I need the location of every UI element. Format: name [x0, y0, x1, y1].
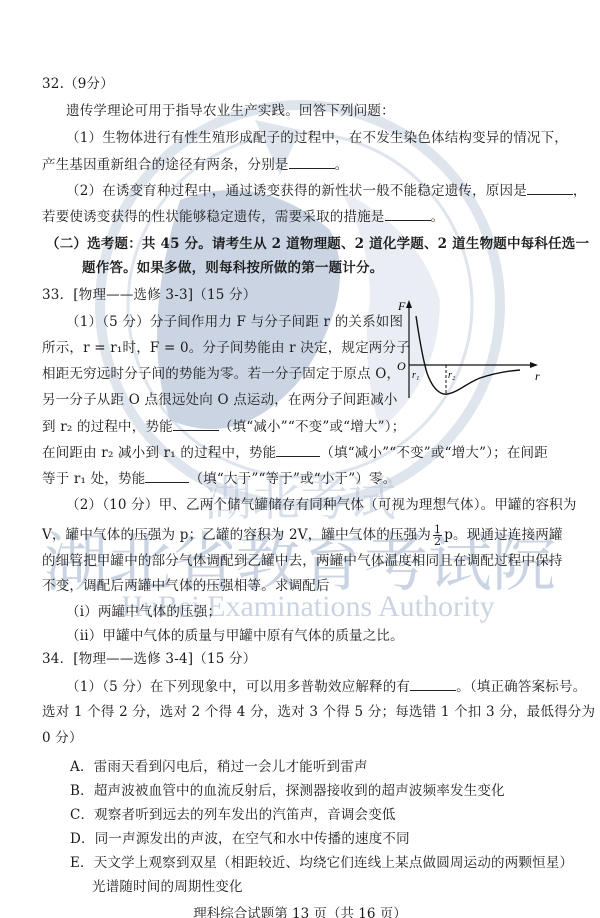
section-2-line2: 题作答。如果多做，则每科按所做的第一题计分。: [82, 259, 383, 277]
q32-part1-line1: （1）生物体进行有性生殖形成配子的过程中，在不发生染色体结构变异的情况下，: [66, 129, 568, 147]
page-footer: 理科综合试题第 13 页（共 16 页）: [0, 902, 600, 918]
q33-text: 等于 r₁ 处，势能: [42, 471, 145, 487]
q32-intro: 遗传学理论可用于指导农业生产实践。回答下列问题：: [66, 102, 395, 120]
q32-part2-text2: 若要使诱变获得的性状能够稳定遗传，需要采取的措施是: [42, 209, 385, 225]
q32-part2-line1: （2）在诱变育种过程中，通过诱变获得的新性状一般不能稳定遗传，原因是，: [66, 181, 587, 200]
q34-p1-l1: （1）（5 分）在下列现象中，可以用多普勒效应解释的有。（填正确答案标号。: [66, 677, 586, 696]
q34-option-d: D．同一声源发出的声波，在空气和水中传播的速度不同: [70, 830, 410, 848]
q34-p1-l2: 选对 1 个得 2 分，选对 2 个得 4 分，选对 3 个得 5 分；每选错 …: [42, 703, 595, 721]
q34-option-b: B．超声波被血管中的血流反射后，探测器接收到的超声波频率发生变化: [70, 782, 505, 800]
force-distance-graph: F r O r₁ r₂: [395, 298, 545, 403]
q33-header: 33．[物理——选修 3-3]（15 分）: [42, 286, 256, 304]
frac-den: 2: [433, 536, 442, 547]
y-axis-label: F: [397, 299, 406, 313]
q33-text: （填“减小”“不变”或“增大”）；在间距: [320, 445, 548, 461]
q33-text: V，罐中气体的压强为 p；乙罐的容积为 2V，罐中气体的压强为: [42, 527, 431, 543]
q34-option-e: E．天文学上观察到双星（相距较近、均绕它们连线上某点做圆周运动的两颗恒星）: [70, 854, 573, 872]
q33-p2-l2: V，罐中气体的压强为 p；乙罐的容积为 2V，罐中气体的压强为12p。现通过连接…: [42, 524, 563, 547]
q32-part1-line2: 产生基因重新组合的途径有两条，分别是。: [42, 155, 348, 174]
q33-p1-l5: 到 r₂ 的过程中，势能（填“减小”“不变”或“增大”）；: [42, 417, 405, 436]
q33-p1-l7: 等于 r₁ 处，势能（填“大于”“等于”或“小于”）零。: [42, 469, 396, 488]
q33-p2-l3: 的细管把甲罐中的部分气体调配到乙罐中去，两罐中气体温度相同且在调配过程中保持: [42, 552, 563, 570]
answer-blank: [289, 155, 335, 169]
q33-p1-l1: （1）（5 分）分子间作用力 F 与分子间距 r 的关系如图: [66, 313, 403, 331]
q34-option-a: A．雷雨天看到闪电后，稍过一会儿才能听到雷声: [70, 758, 368, 776]
q32-header: 32.（9分）: [42, 75, 114, 93]
punct: ，: [573, 183, 587, 199]
punct: 。: [431, 209, 445, 225]
fraction-half: 12: [433, 524, 442, 547]
q33-sub-ii: （ii）甲罐中气体的质量与甲罐中原有气体的质量之比。: [66, 627, 404, 645]
q33-p1-l2: 所示，r = r₁时，F = 0。分子间势能由 r 决定，规定两分子: [42, 339, 410, 357]
q32-part1-text: 产生基因重新组合的途径有两条，分别是: [42, 157, 289, 173]
q33-text: （填“减小”“不变”或“增大”）；: [219, 419, 406, 435]
q33-text: 在间距由 r₂ 减小到 r₁ 的过程中，势能: [42, 445, 276, 461]
r1-label: r₁: [412, 370, 419, 381]
q33-text: （填“大于”“等于”或“小于”）零。: [189, 471, 396, 487]
q34-text: （1）（5 分）在下列现象中，可以用多普勒效应解释的有: [66, 679, 410, 695]
punct: 。: [335, 157, 349, 173]
origin-label: O: [397, 359, 406, 373]
answer-blank: [410, 677, 456, 691]
q34-option-c: C．观察者听到远去的列车发出的汽笛声，音调会变低: [70, 806, 396, 824]
exam-page: 32.（9分） 遗传学理论可用于指导农业生产实践。回答下列问题： （1）生物体进…: [0, 0, 600, 918]
q33-p1-l3: 相距无穷远时分子间的势能为零。若一分子固定于原点 O，: [42, 365, 400, 383]
answer-blank: [145, 469, 189, 483]
q32-part2-text: （2）在诱变育种过程中，通过诱变获得的新性状一般不能稳定遗传，原因是: [66, 183, 527, 199]
q32-part2-line2: 若要使诱变获得的性状能够稳定遗传，需要采取的措施是。: [42, 207, 444, 226]
section-2-line1: （二）选考题：共 45 分。请考生从 2 道物理题、2 道化学题、2 道生物题中…: [46, 235, 589, 253]
q33-p2-l4: 不变，调配后两罐中气体的压强相等。求调配后: [42, 577, 330, 595]
answer-blank: [385, 207, 431, 221]
q33-p2-l1: （2）（10 分）甲、乙两个储气罐储存有同种气体（可视为理想气体）。甲罐的容积为: [66, 496, 577, 514]
q33-text: 到 r₂ 的过程中，势能: [42, 419, 173, 435]
q33-p1-l6: 在间距由 r₂ 减小到 r₁ 的过程中，势能（填“减小”“不变”或“增大”）；在…: [42, 443, 548, 462]
r2-label: r₂: [448, 370, 456, 381]
q33-text: p。现通过连接两罐: [444, 527, 562, 543]
x-axis-label: r: [535, 369, 540, 383]
answer-blank: [276, 443, 320, 457]
q34-header: 34．[物理——选修 3-4]（15 分）: [42, 650, 256, 668]
q33-p1-l4: 另一分子从距 O 点很远处向 O 点运动，在两分子间距减小: [42, 391, 398, 409]
q33-sub-i: （i）两罐中气体的压强；: [66, 603, 221, 621]
q34-p1-l3: 0 分）: [42, 729, 83, 747]
answer-blank: [173, 417, 219, 431]
answer-blank: [527, 181, 573, 195]
q34-option-e-cont: 光谱随时间的周期性变化: [92, 878, 243, 896]
q34-text: 。（填正确答案标号。: [456, 679, 586, 695]
